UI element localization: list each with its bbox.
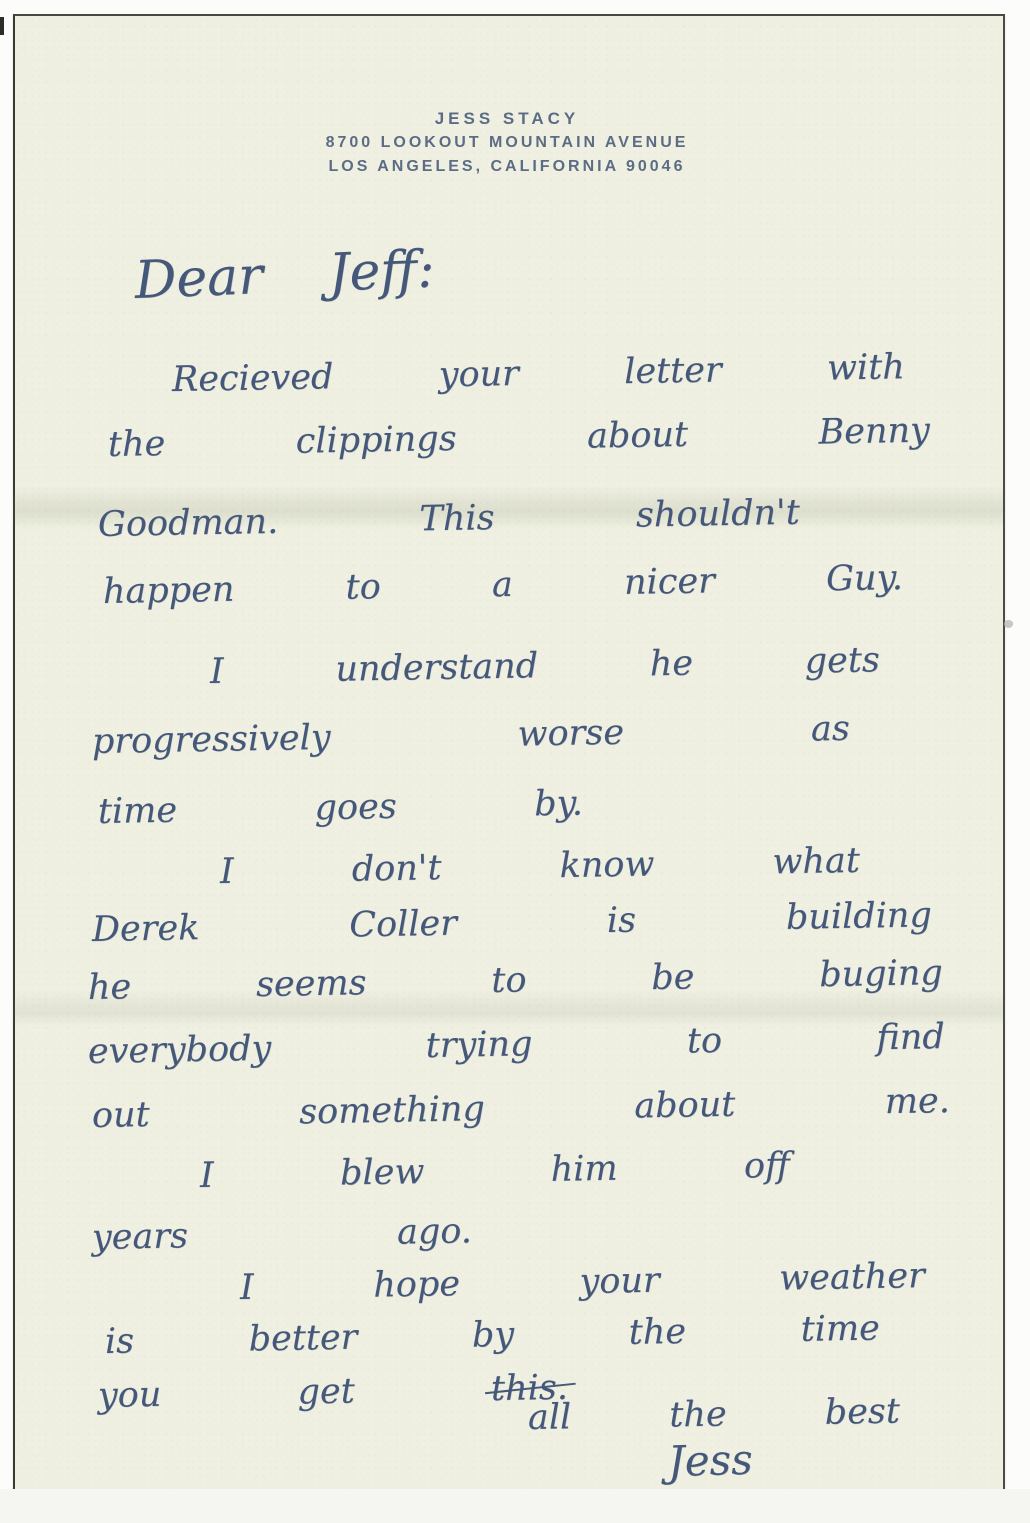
handwritten-word: I — [200, 1156, 215, 1196]
handwritten-word: buging — [819, 953, 943, 995]
handwritten-word: as — [811, 709, 851, 750]
handwritten-line: heseemstobebuging — [88, 953, 944, 1008]
handwritten-word: time — [800, 1308, 880, 1350]
handwritten-line: isbetterbythetime — [105, 1308, 881, 1362]
handwritten-word: don't — [351, 848, 441, 890]
handwritten-word: blew — [340, 1152, 425, 1194]
handwritten-word: Recieved — [172, 357, 334, 400]
handwritten-word: happen — [103, 570, 235, 613]
handwritten-line: Recievedyourletterwith — [172, 347, 906, 400]
handwritten-word: gets — [804, 640, 880, 682]
handwritten-word: Dear — [134, 247, 265, 312]
handwritten-word: Coller — [349, 904, 457, 946]
handwritten-word: best — [824, 1392, 900, 1434]
handwritten-line: yearsago. — [92, 1211, 473, 1258]
closing-line: allthebest — [528, 1392, 901, 1439]
handwritten-word: your — [579, 1261, 660, 1303]
handwritten-word: everybody — [88, 1029, 272, 1072]
handwritten-word: trying — [425, 1024, 532, 1066]
handwritten-word: the — [669, 1395, 727, 1436]
handwritten-word: him — [550, 1149, 618, 1190]
handwritten-word: what — [772, 841, 860, 883]
signature-line: Jess — [667, 1436, 753, 1487]
handwritten-word: he — [649, 644, 693, 685]
handwritten-word: letter — [624, 350, 722, 392]
handwritten-word: clippings — [295, 419, 457, 462]
handwritten-word: weather — [779, 1256, 925, 1299]
handwritten-word: nicer — [624, 561, 715, 603]
handwritten-word: I — [210, 652, 225, 692]
handwritten-word: he — [88, 967, 132, 1008]
handwritten-word: Benny — [818, 411, 930, 453]
handwritten-word: the — [108, 424, 166, 465]
handwritten-word: Derek — [92, 908, 200, 950]
handwritten-word: be — [651, 957, 695, 998]
handwritten-line: Idon'tknowwhat — [220, 841, 861, 892]
handwritten-word: about — [634, 1085, 736, 1127]
handwritten-word: off — [744, 1146, 791, 1187]
handwritten-word: about — [587, 415, 689, 457]
handwritten-word: Guy. — [826, 558, 903, 600]
handwritten-word: Jess — [667, 1435, 753, 1486]
handwritten-line: Ihopeyourweather — [240, 1256, 926, 1308]
handwritten-line: theclippingsaboutBenny — [108, 411, 931, 466]
handwritten-word: all — [528, 1397, 572, 1438]
handwritten-word: you — [98, 1375, 162, 1416]
handwritten-line: yougetthis. — [98, 1368, 569, 1416]
handwritten-word: ago. — [397, 1211, 473, 1253]
handwritten-word: me. — [884, 1081, 950, 1122]
handwritten-word: better — [248, 1318, 357, 1360]
handwritten-line: Goodman.Thisshouldn't — [98, 493, 801, 545]
handwritten-word: something — [299, 1089, 485, 1132]
handwritten-word: with — [827, 347, 905, 389]
handwritten-word: is — [105, 1321, 135, 1362]
handwritten-word: This — [419, 498, 495, 540]
handwritten-word: time — [98, 791, 178, 833]
handwritten-line: timegoesby. — [98, 784, 584, 833]
handwritten-word: building — [786, 895, 933, 938]
handwritten-word: a — [492, 565, 514, 606]
handwritten-word: get — [297, 1372, 355, 1413]
handwritten-word: hope — [373, 1264, 460, 1306]
salutation-line: DearJeff: — [134, 241, 436, 312]
handwritten-word: shouldn't — [636, 493, 801, 536]
handwritten-word: I — [220, 852, 235, 892]
handwritten-word: out — [92, 1095, 150, 1136]
scan-background: JESS STACY 8700 LOOKOUT MOUNTAIN AVENUE … — [0, 0, 1030, 1523]
handwritten-word: I — [240, 1268, 255, 1308]
handwritten-word: your — [438, 354, 519, 396]
handwritten-word: to — [345, 567, 381, 608]
letter-body: DearJeff:Recievedyourletterwiththeclippi… — [0, 0, 1030, 1523]
handwritten-word: to — [687, 1021, 723, 1062]
handwritten-line: Iblewhimoff — [200, 1146, 791, 1197]
handwritten-word: to — [491, 960, 527, 1001]
handwritten-word: worse — [517, 713, 624, 755]
handwritten-line: happentoanicerGuy. — [103, 558, 904, 612]
handwritten-word: find — [876, 1017, 945, 1058]
handwritten-word: is — [607, 901, 637, 942]
handwritten-line: DerekCollerisbuilding — [92, 895, 933, 950]
handwritten-word: Jeff: — [327, 241, 435, 305]
handwritten-word: years — [92, 1216, 189, 1258]
handwritten-line: outsomethingaboutme. — [92, 1081, 951, 1136]
handwritten-word: the — [628, 1312, 686, 1353]
handwritten-word: understand — [335, 646, 538, 690]
handwritten-word: Goodman. — [98, 502, 279, 545]
handwritten-word: by — [472, 1315, 515, 1356]
handwritten-word: seems — [256, 963, 367, 1005]
handwritten-line: progressivelyworseas — [92, 709, 851, 762]
handwritten-word: progressively — [92, 718, 331, 762]
handwritten-line: everybodytryingtofind — [88, 1017, 946, 1072]
handwritten-word: know — [559, 844, 654, 886]
handwritten-line: Iunderstandhegets — [210, 640, 881, 692]
handwritten-word: by. — [534, 784, 583, 825]
handwritten-word: goes — [314, 787, 397, 829]
